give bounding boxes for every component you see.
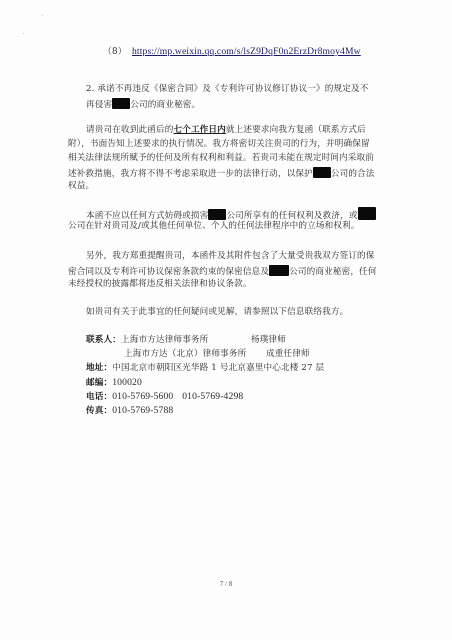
para4: 如贵司有关于此事宜的任何疑问或见解，请参照以下信息联络我方。 (86, 307, 348, 318)
fax-value: 010-5769-5788 (112, 405, 173, 416)
redaction-block (269, 265, 289, 276)
document-page: （8） https://mp.weixin.qq.com/s/lsZ9DqF0n… (0, 0, 452, 640)
para1-line2: 附），书面告知上述要求的执行情况。我方将密切关注贵司的行为，并明确保留 (68, 139, 370, 150)
page-number: 7 / 8 (0, 580, 452, 588)
scan-speck (42, 15, 43, 16)
para1-line5: 权益。 (68, 181, 94, 192)
firm-name-1: 上海市方达律师事务所 (121, 335, 251, 346)
para3-line2: 密合同以及专利许可协议保密条款约束的保密信息及公司的商业秘密，任何 (68, 265, 377, 278)
firm-name-2: 上海市方达（北京）律师事务所 (124, 349, 266, 360)
text: 公司的合法 (331, 169, 375, 179)
para3-line3: 未经授权的披露都将违反相关法律和协议条款。 (68, 279, 252, 290)
lawyer-name-2: 成重任律师 (266, 349, 310, 359)
reference-number: （8） (103, 47, 129, 58)
para3-line1: 另外，我方郑重提醒贵司，本函件及其附件包含了大量受贵我双方签订的保 (86, 251, 375, 262)
text: 请贵司在收到此函后的 (86, 125, 173, 135)
item2-line1: 2. 承诺不再违反《保密合同》及《专利许可协议修订协议一》的规定及不 (86, 84, 368, 95)
contact-row-2: 上海市方达（北京）律师事务所成重任律师 (124, 349, 310, 360)
phone-value-1: 010-5769-5600 (112, 391, 182, 402)
redaction-block (112, 98, 130, 109)
contact-label: 联系人： (86, 335, 121, 345)
redaction-block (358, 207, 376, 220)
address-value: 中国北京市朝阳区光华路 1 号北京嘉里中心北楼 27 层 (112, 363, 324, 373)
postcode-row: 邮编：100020 (86, 377, 142, 389)
contact-row-1: 联系人：上海市方达律师事务所杨璞律师 (86, 335, 286, 346)
text: 密合同以及专利许可协议保密条款约束的保密信息及 (68, 267, 269, 277)
para2-line2: 公司在针对贵司及/或其他任何单位、个人的任何法律程序中的立场和权利。 (68, 221, 360, 232)
para2-line1: 本函不应以任何方式妨碍或损害公司所享有的任何权利及救济，或 (86, 207, 376, 222)
deadline-emphasis: 七个工作日内 (173, 125, 225, 135)
para1-line1: 请贵司在收到此函后的七个工作日内就上述要求向我方复函（联系方式后 (86, 125, 366, 136)
reference-url-item: （8） https://mp.weixin.qq.com/s/lsZ9DqF0n… (103, 46, 361, 58)
text: 公司的商业秘密。 (130, 100, 200, 110)
lawyer-name-1: 杨璞律师 (251, 335, 286, 345)
redaction-block (208, 209, 226, 220)
reference-link[interactable]: https://mp.weixin.qq.com/s/lsZ9DqF0n2Erz… (132, 46, 361, 57)
para1-line3: 相关法律法规所赋予的任何及所有权利和利益。若贵司未能在规定时间内采取前 (68, 153, 374, 164)
phone-value-2: 010-5769-4298 (182, 391, 243, 402)
text: 公司所享有的任何权利及救济，或 (226, 211, 357, 221)
redaction-block (313, 167, 331, 178)
text: 再侵害 (86, 100, 112, 110)
para1-line4: 述补救措施，我方将不得不考虑采取进一步的法律行动，以保护公司的合法 (68, 167, 375, 180)
text: 就上述要求向我方复函（联系方式后 (226, 125, 366, 135)
postcode-label: 邮编： (86, 378, 112, 388)
phone-row: 电话：010-5769-5600010-5769-4298 (86, 391, 243, 403)
text: 本函不应以任何方式妨碍或损害 (86, 211, 208, 221)
address-label: 地址： (86, 363, 112, 373)
postcode-value: 100020 (112, 377, 142, 388)
scan-speck (23, 33, 24, 34)
text: 述补救措施，我方将不得不考虑采取进一步的法律行动，以保护 (68, 169, 313, 179)
address-row: 地址：中国北京市朝阳区光华路 1 号北京嘉里中心北楼 27 层 (86, 363, 324, 374)
text: 公司的商业秘密，任何 (289, 267, 376, 277)
item2-line2: 再侵害公司的商业秘密。 (86, 98, 200, 111)
phone-label: 电话： (86, 392, 112, 402)
fax-row: 传真：010-5769-5788 (86, 405, 173, 417)
fax-label: 传真： (86, 406, 112, 416)
